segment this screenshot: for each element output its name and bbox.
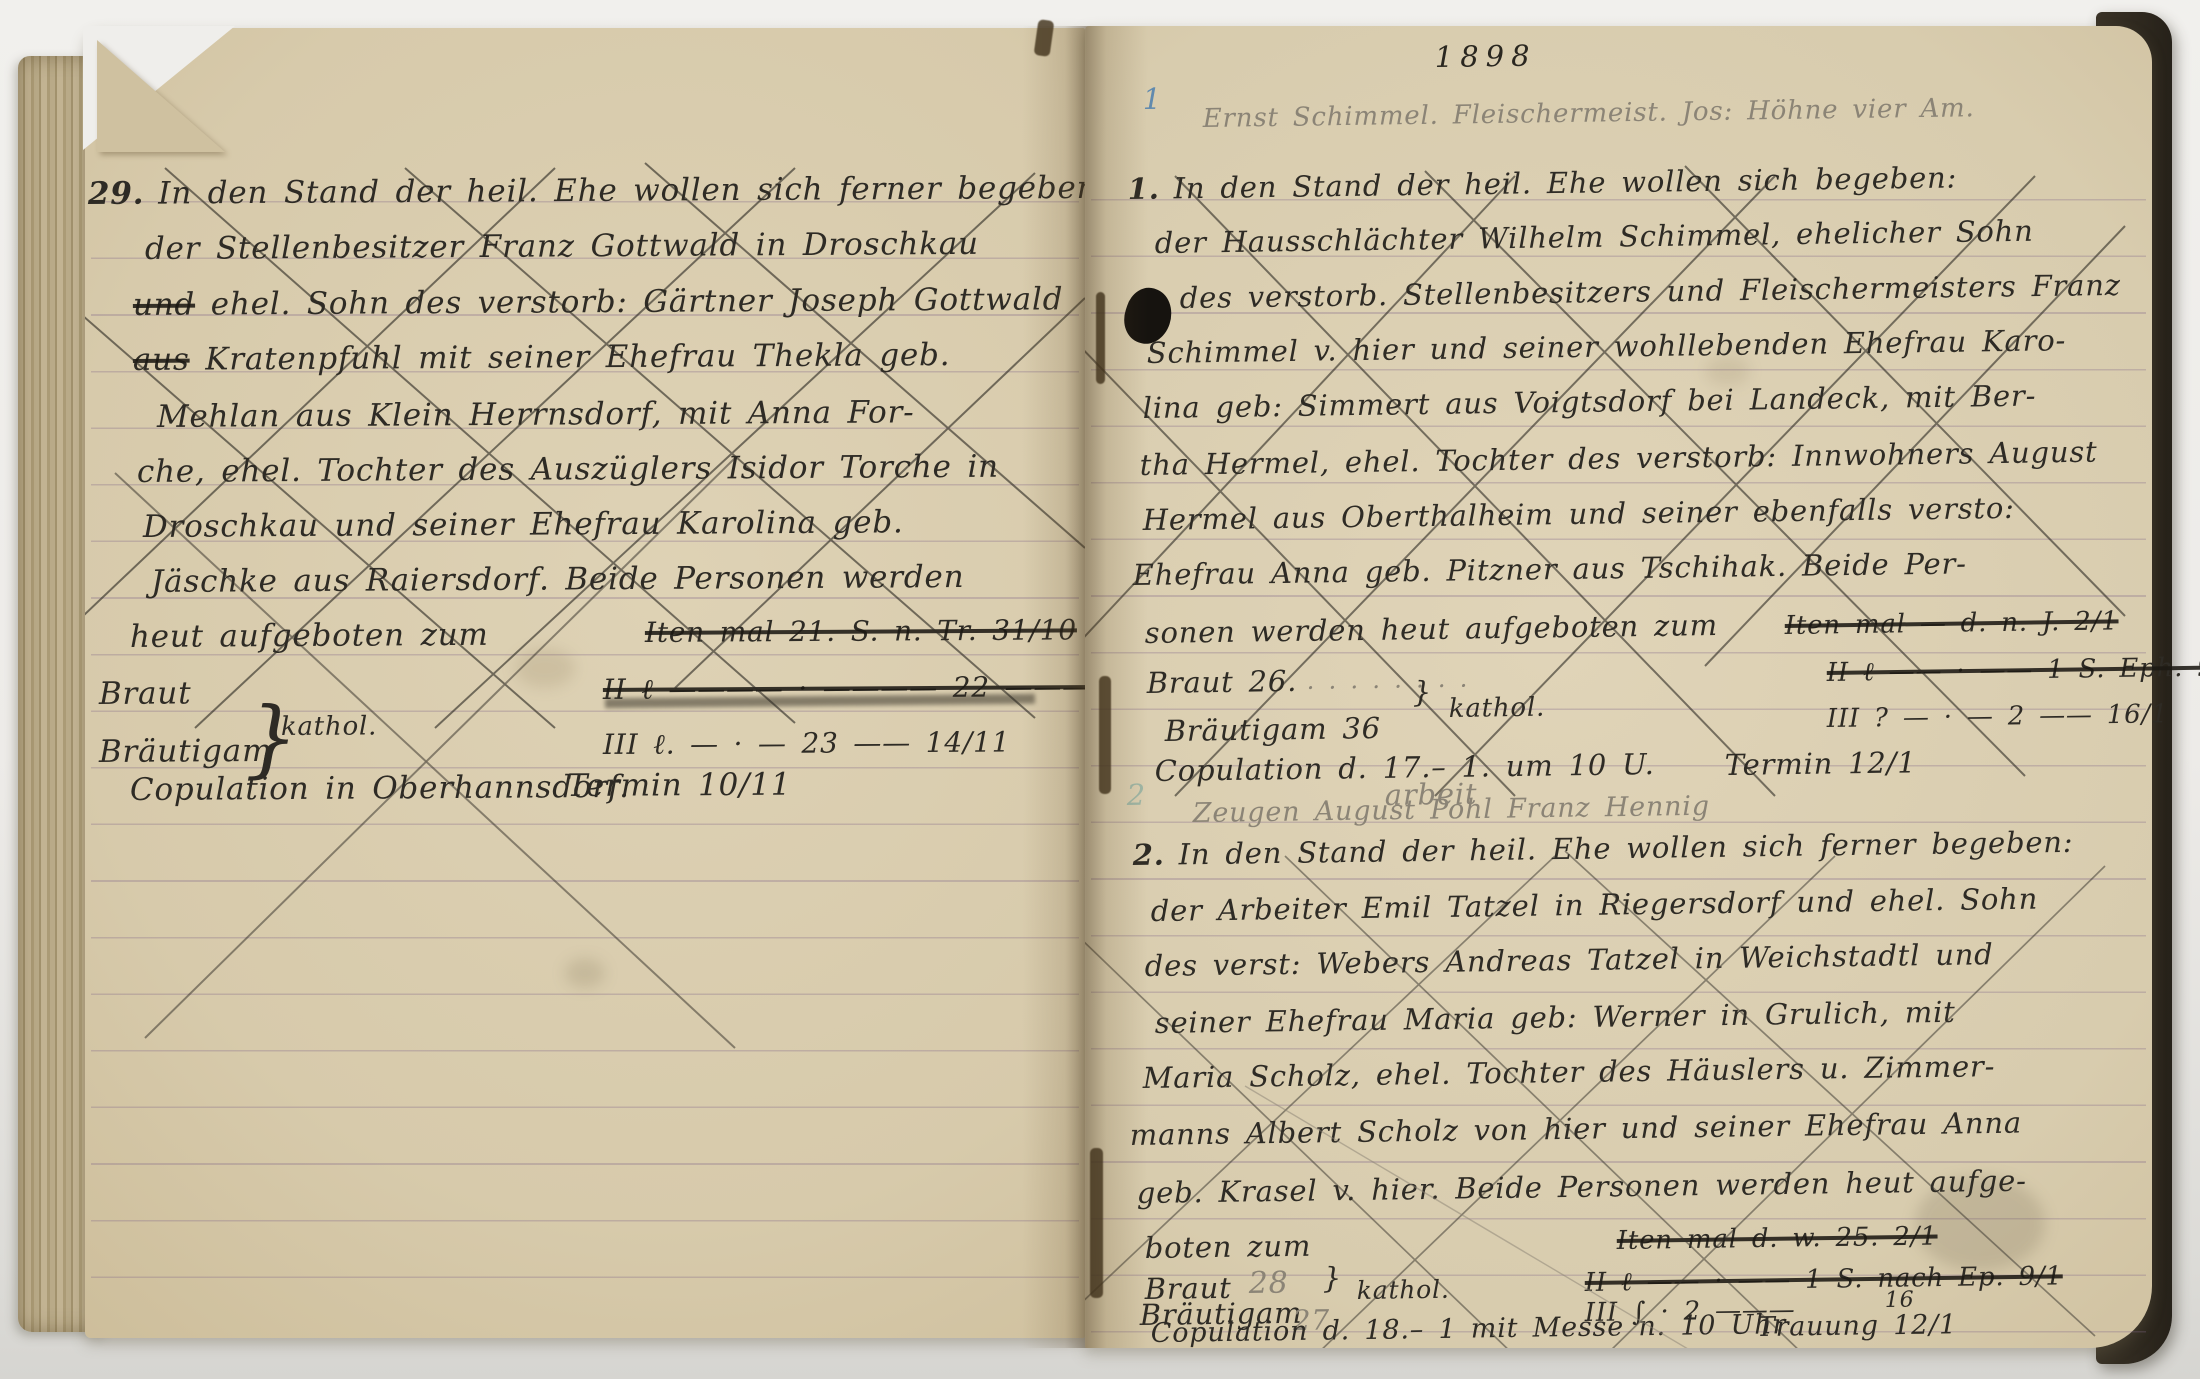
entry2-line-3: des verst: Webers Andreas Tatzel in Weic… xyxy=(1145,937,1994,983)
entry2-line-5: Maria Scholz, ehel. Tochter des Häuslers… xyxy=(1143,1049,1996,1095)
entry29-copulation: Copulation in Oberhannsdorf. xyxy=(130,769,630,808)
entry29-number: 29. xyxy=(88,176,145,212)
binding-stitch xyxy=(1096,292,1105,384)
blue-crayon-number: 1 xyxy=(1143,82,1163,116)
entry1-bann-2-struck: II ℓ —— · —— 1 S. Eph. 9/1 xyxy=(1827,652,2200,688)
couple-brace: } xyxy=(1323,1264,1343,1293)
entry2-line-7b: geb. Krasel v. hier. Beide Personen werd… xyxy=(1137,1164,2027,1210)
pencil-dotted-line: · · · · · · · · xyxy=(1307,672,1469,702)
entry2-number: 2. xyxy=(1133,838,1165,872)
year-heading: 1898 xyxy=(1435,39,1537,74)
entry1-line-3: des verstorb. Stellenbesitzers und Fleis… xyxy=(1180,268,2122,315)
entry1-line-6: tha Hermel, ehel. Tochter des verstorb: … xyxy=(1140,435,2098,482)
entry1-line-4: Schimmel v. hier und seiner wohllebenden… xyxy=(1147,323,2067,370)
entry1-line-8: Ehefrau Anna geb. Pitzner aus Tschihak. … xyxy=(1133,546,1967,592)
entry29-confession: kathol. xyxy=(281,711,377,742)
entry2-line-1: 2.In den Stand der heil. Ehe wollen sich… xyxy=(1133,825,2074,872)
couple-brace: } xyxy=(1413,678,1433,707)
paper-stain xyxy=(565,958,605,988)
right-page: 1898 1 Ernst Schimmel. Fleischermeist. J… xyxy=(1085,26,2152,1348)
struck-word: und xyxy=(133,287,195,323)
entry29-aufgebot-label: heut aufgeboten zum xyxy=(130,617,489,655)
entry29-line-1: 29.In den Stand der heil. Ehe wollen sic… xyxy=(88,170,1109,212)
left-page: 29.In den Stand der heil. Ehe wollen sic… xyxy=(85,28,1085,1338)
entry29-termin: Termin 10/11 xyxy=(567,767,792,804)
entry2-bann-2-struck: II ℓ —— · —— 1 S. nach Ep. 9/1 xyxy=(1585,1261,2063,1298)
entry1-confession: kathol. xyxy=(1449,693,1546,724)
entry29-line-4: aus Kratenpfuhl mit seiner Ehefrau Thekl… xyxy=(133,337,951,378)
entry1-number: 1. xyxy=(1128,172,1160,206)
entry29-line-2: der Stellenbesitzer Franz Gottwald in Dr… xyxy=(145,226,979,267)
entry29-line-3: und ehel. Sohn des verstorb: Gärtner Jos… xyxy=(133,281,1064,323)
entry1-braut-label: Braut 26. xyxy=(1147,664,1298,700)
pencil-header-note: Ernst Schimmel. Fleischermeist. Jos: Höh… xyxy=(1203,93,1975,134)
entry1-bann-1-struck: Iten mal — d. n. J. 2/1 xyxy=(1785,606,2119,641)
entry2-line-6: manns Albert Scholz von hier und seiner … xyxy=(1130,1106,2023,1152)
entry29-line-6: che, ehel. Tochter des Auszüglers Isidor… xyxy=(137,449,999,490)
entry1-bann-3: III ? — · — 2 —— 16/1 xyxy=(1827,699,2169,734)
entry29-line-5: Mehlan aus Klein Herrnsdorf, mit Anna Fo… xyxy=(157,394,915,435)
entry2-bann-1-struck: Iten mal d. w. 25. 2/1 xyxy=(1617,1222,1938,1256)
paper-stain xyxy=(515,648,575,688)
entry2-confession: kathol. xyxy=(1357,1275,1450,1305)
entry1-line-5: lina geb: Simmert aus Voigtsdorf bei Lan… xyxy=(1143,379,2037,425)
struck-word: aus xyxy=(133,342,190,378)
binding-stitch xyxy=(1090,1148,1103,1298)
teal-crayon-number: 2 xyxy=(1127,778,1147,812)
photo-of-open-register-book: 29.In den Stand der heil. Ehe wollen sic… xyxy=(0,0,2200,1379)
entry29-bann-1-struck: Iten mal 21. S. n. Tr. 31/10 xyxy=(645,613,1077,649)
dogear-corner-flap xyxy=(97,40,225,152)
entry29-braut-label: Braut xyxy=(99,675,192,712)
entry1-termin: Termin 12/1 xyxy=(1725,745,1917,782)
entry1-aufgebot-label: sonen werden heut aufgeboten zum xyxy=(1145,608,1719,650)
entry1-line-2: der Hausschlächter Wilhelm Schimmel, ehe… xyxy=(1155,214,2034,260)
entry29-bann-3: III ℓ. — · — 23 —— 14/11 xyxy=(603,726,1011,762)
entry1-braeutigam-label: Bräutigam 36 xyxy=(1165,711,1382,748)
entry29-line-8: Jäschke aus Raiersdorf. Beide Personen w… xyxy=(151,559,965,600)
entry1-line-1: 1.In den Stand der heil. Ehe wollen sich… xyxy=(1128,160,1958,206)
entry2-aufgebot-label: boten zum xyxy=(1145,1229,1312,1265)
entry2-line-4: seiner Ehefrau Maria geb: Werner in Grul… xyxy=(1155,995,1956,1040)
entry29-line-7: Droschkau und seiner Ehefrau Karolina ge… xyxy=(143,504,904,545)
entry2-line-2: der Arbeiter Emil Tatzel in Riegersdorf … xyxy=(1151,882,2039,928)
entry2-termin: Trauung 12/1 xyxy=(1757,1309,1958,1343)
entry1-zeugen-pencil: Zeugen August Pohl Franz Hennig xyxy=(1193,791,1710,829)
entry1-line-7: Hermel aus Oberthalheim und seiner ebenf… xyxy=(1143,491,2015,537)
entry29-text-1: In den Stand der heil. Ehe wollen sich f… xyxy=(158,170,1109,212)
binding-stitch xyxy=(1099,676,1111,794)
